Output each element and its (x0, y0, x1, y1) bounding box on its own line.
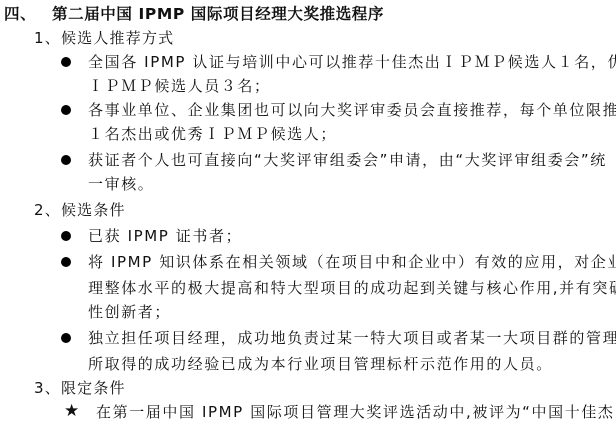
list-item: ★ 在第一届中国 IPMP 国际项目管理大奖评选活动中,被评为“中国十佳杰出 (0, 400, 616, 424)
list-item-text: 所取得的成功经验已成为本行业项目管理标杆示范作用的人员。 (88, 352, 553, 376)
list-item-text: 将 IPMP 知识体系在相关领域（在项目中和企业中）有效的应用，对企业管 (88, 250, 616, 274)
list-item-text: 在第一届中国 IPMP 国际项目管理大奖评选活动中,被评为“中国十佳杰出 (96, 400, 616, 424)
list-item-continuation: １名杰出或优秀ＩＰＭＰ候选人； (0, 122, 616, 146)
list-item-text: 获证者个人也可直接向“大奖评审组委会”申请，由“大奖评审组委会”统 (88, 148, 607, 172)
heading-number: 四、 (4, 2, 36, 26)
list-item-text: 全国各 IPMP 认证与培训中心可以推荐十佳杰出ＩＰＭＰ候选人１名，优秀 (88, 50, 616, 74)
bullet-icon (61, 333, 71, 343)
list-item-text: 已获 IPMP 证书者； (88, 224, 242, 248)
list-item-continuation: 理整体水平的极大提高和特大型项目的成功起到关键与核心作用,并有突破 (0, 276, 616, 300)
bullet-icon (61, 155, 71, 165)
list-item-continuation: 所取得的成功经验已成为本行业项目管理标杆示范作用的人员。 (0, 352, 616, 376)
list-item-text: 各事业单位、企业集团也可以向大奖评审委员会直接推荐，每个单位限推荐 (88, 98, 616, 122)
list-item-continuation: ＩＰＭＰ候选人员３名； (0, 74, 616, 98)
list-item: 全国各 IPMP 认证与培训中心可以推荐十佳杰出ＩＰＭＰ候选人１名，优秀 (0, 50, 616, 74)
list-item: 获证者个人也可直接向“大奖评审组委会”申请，由“大奖评审组委会”统 (0, 148, 616, 172)
list-item-text: 独立担任项目经理，成功地负责过某一特大项目或者某一大项目群的管理， (88, 326, 616, 350)
section-2-label: 2、候选条件 (34, 198, 126, 222)
section-1-label: 1、候选人推荐方式 (34, 26, 174, 50)
heading-title: 第二届中国 IPMP 国际项目经理大奖推选程序 (52, 2, 384, 26)
list-item-continuation: 性创新者； (0, 300, 616, 324)
bullet-icon (61, 57, 71, 67)
list-item-continuation: 一审核。 (0, 172, 616, 196)
list-item: 独立担任项目经理，成功地负责过某一特大项目或者某一大项目群的管理， (0, 326, 616, 350)
list-item-text: ＩＰＭＰ候选人员３名； (88, 74, 271, 98)
list-item-text: 性创新者； (88, 300, 171, 324)
section-3-label: 3、限定条件 (34, 376, 126, 400)
list-item: 将 IPMP 知识体系在相关领域（在项目中和企业中）有效的应用，对企业管 (0, 250, 616, 274)
bullet-icon (61, 257, 71, 267)
list-item: 各事业单位、企业集团也可以向大奖评审委员会直接推荐，每个单位限推荐 (0, 98, 616, 122)
list-item-text: 一审核。 (88, 172, 154, 196)
list-item: 已获 IPMP 证书者； (0, 224, 616, 248)
list-item-text: １名杰出或优秀ＩＰＭＰ候选人； (88, 122, 337, 146)
bullet-icon (61, 231, 71, 241)
list-item-text: 理整体水平的极大提高和特大型项目的成功起到关键与核心作用,并有突破 (88, 276, 616, 300)
star-icon: ★ (64, 399, 81, 423)
bullet-icon (61, 105, 71, 115)
